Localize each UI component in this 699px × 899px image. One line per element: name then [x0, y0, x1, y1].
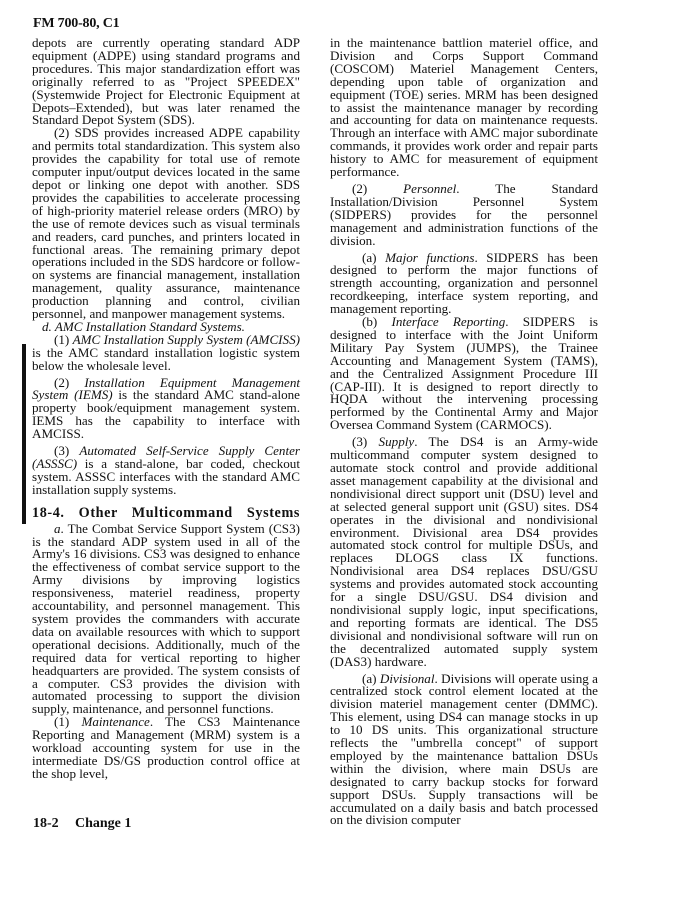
paragraph-cs3: a. The Combat Service Support System (CS… — [32, 523, 300, 717]
right-column: in the maintenance battlion materiel off… — [330, 37, 598, 827]
running-header: FM 700-80, C1 — [33, 16, 119, 32]
item-text: . The DS4 is an Army-wide multicommand c… — [330, 434, 598, 668]
paragraph-maintenance: (1) Maintenance. The CS3 Maintenance Rep… — [32, 716, 300, 781]
section-heading: 18-4. Other Multicommand Systems — [32, 507, 300, 520]
paragraph-sds-intro: depots are currently operating standard … — [32, 37, 300, 127]
paragraph-asssc: (3) Automated Self-Service Supply Center… — [32, 445, 300, 497]
item-text: . SIDPERS is designed to interface with … — [330, 314, 598, 432]
paragraph-sds-2: (2) SDS provides increased ADPE capabili… — [32, 127, 300, 321]
paragraph-supply: (3) Supply. The DS4 is an Army-wide mult… — [330, 436, 598, 668]
page-number: 18-2 — [33, 816, 75, 832]
paragraph-divisional: (a) Divisional. Divisions will operate u… — [330, 673, 598, 828]
change-bar — [22, 344, 26, 524]
paragraph-amciss: (1) AMC Installation Supply System (AMCI… — [32, 334, 300, 373]
item-text: is the AMC standard installation logisti… — [32, 345, 300, 373]
paragraph-major-functions: (a) Major functions. SIDPERS has been de… — [330, 252, 598, 317]
change-label: Change 1 — [75, 816, 131, 832]
page-footer: 18-2Change 1 — [33, 816, 131, 832]
paragraph-iems: (2) Installation Equipment Management Sy… — [32, 377, 300, 442]
left-column: depots are currently operating standard … — [32, 37, 300, 781]
paragraph-personnel: (2) Personnel. The Standard Installation… — [330, 183, 598, 248]
item-text: . The Combat Service Support System (CS3… — [32, 521, 300, 717]
item-text: . Divisions will operate using a central… — [330, 671, 598, 828]
paragraph-interface-reporting: (b) Interface Reporting. SIDPERS is desi… — [330, 316, 598, 432]
paragraph-mrm-cont: in the maintenance battlion materiel off… — [330, 37, 598, 179]
